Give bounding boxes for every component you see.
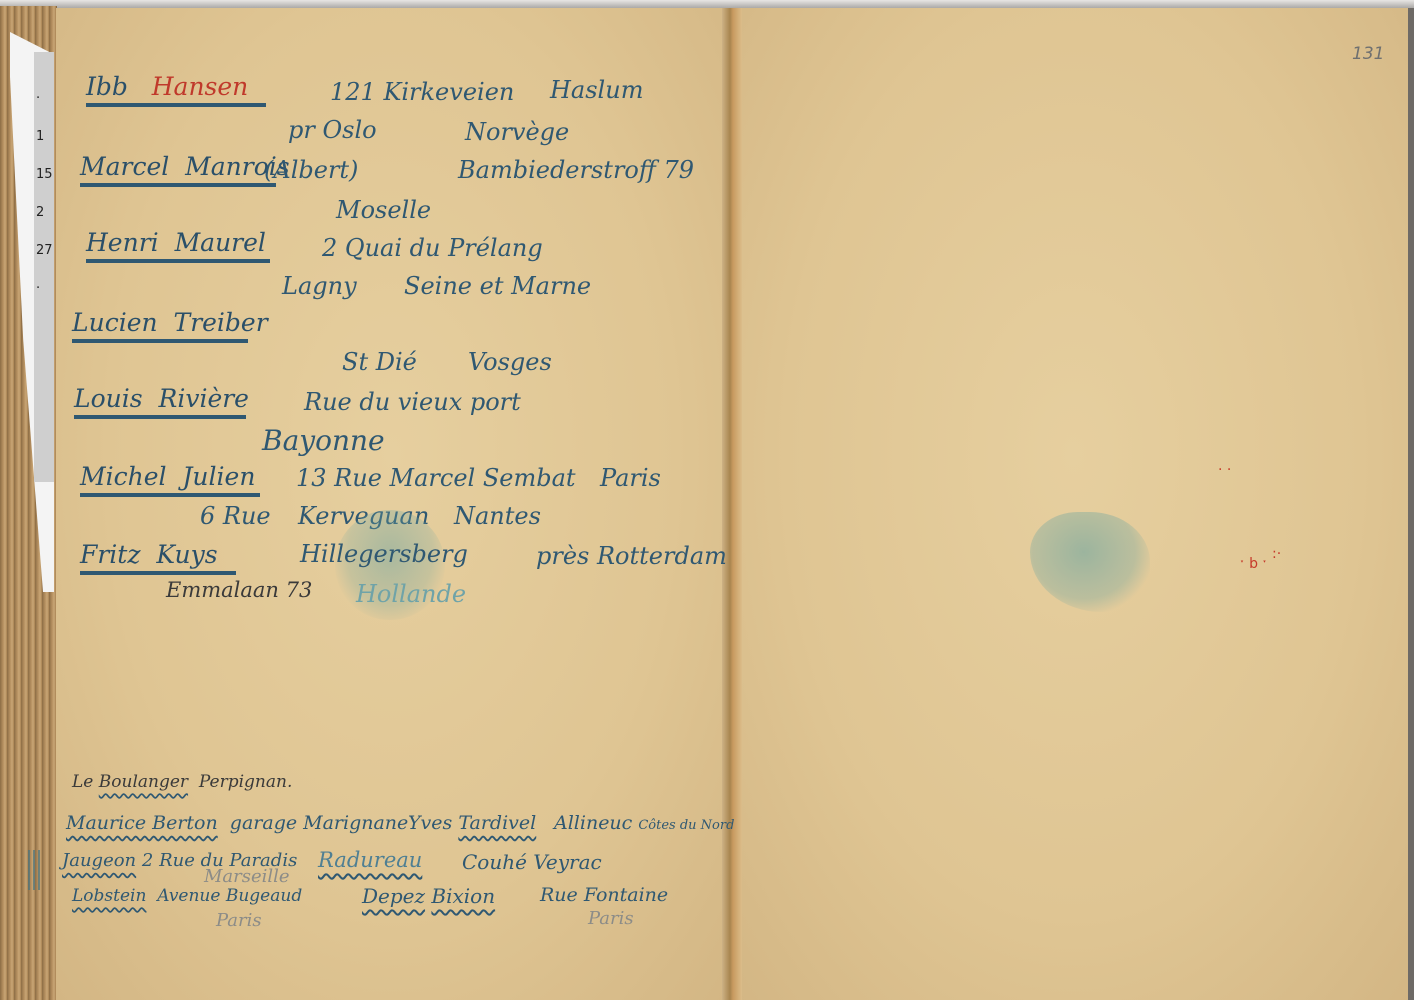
note-word: Côtes du Nord — [638, 818, 734, 833]
note-line: Lobstein Avenue Bugeaud — [72, 886, 302, 906]
pencil-note: Paris — [216, 910, 262, 931]
note-word: Yves — [408, 812, 452, 834]
address-line: pr Oslo — [288, 116, 377, 144]
note-line: Maurice Berton garage Marignane — [66, 812, 408, 834]
address-line: Hillegersberg — [300, 540, 468, 568]
first-name: Henri — [86, 228, 159, 257]
note-word: Couhé Veyrac — [462, 850, 602, 874]
address-line: Bayonne — [262, 424, 385, 457]
address-line: Norvège — [465, 118, 569, 146]
address-line: 121 Kirkeveien — [330, 78, 514, 106]
last-name: Kuys — [156, 540, 217, 569]
note-line: Depez Bixion — [362, 884, 495, 908]
note-word: Maurice Berton — [66, 812, 218, 834]
note-line: Radureau — [318, 848, 422, 872]
first-name: Michel — [80, 462, 167, 491]
first-name: Louis — [74, 384, 143, 413]
first-name: Ibb — [86, 72, 128, 101]
ruled-lines — [733, 8, 1414, 1000]
first-name: Marcel — [80, 152, 169, 181]
notebook-scan: ·115227· Ibb Hansen 121 Kirkeveien Haslu… — [0, 0, 1414, 1000]
entry-name: Henri Maurel — [86, 228, 270, 263]
right-page — [733, 8, 1414, 1000]
scan-right-edge — [1408, 8, 1414, 1000]
address-line: Moselle — [336, 196, 431, 224]
red-ink-spots: ˑ b ˑ — [1240, 556, 1267, 572]
red-ink-spots: · · — [1218, 462, 1231, 478]
note-line: Rue Fontaine — [540, 884, 668, 906]
last-name: Treiber — [174, 308, 268, 337]
address-line: Emmalaan 73 — [166, 578, 312, 602]
entry-name: Michel Julien — [80, 462, 260, 497]
note-word: Depez — [362, 884, 425, 908]
edge-ink-stains — [28, 850, 42, 890]
page-number: 131 — [1352, 44, 1384, 64]
address-line: Paris — [600, 464, 661, 492]
first-name: Lucien — [72, 308, 158, 337]
last-name: Rivière — [159, 384, 249, 413]
note-word: Tardivel — [458, 812, 536, 834]
last-name: Maurel — [175, 228, 266, 257]
note-word: Bixion — [431, 884, 495, 908]
entry-name: Fritz Kuys — [80, 540, 236, 575]
address-line: Lagny — [282, 272, 357, 300]
note-line: Allineuc Côtes du Nord — [554, 812, 734, 834]
entry-name: Louis Rivière — [74, 384, 246, 419]
note-word: garage Marignane — [230, 812, 409, 834]
entry-name: Marcel Manrois — [80, 152, 276, 187]
note-word: Perpignan. — [199, 772, 293, 792]
address-line: Nantes — [454, 502, 541, 530]
address-line: Hollande — [356, 580, 466, 608]
address-line: 6 Rue — [200, 502, 271, 530]
address-line: 2 Quai du Prélang — [322, 234, 543, 262]
note-word: Allineuc — [554, 812, 632, 834]
note-word: Radureau — [318, 848, 422, 872]
first-name: Fritz — [80, 540, 141, 569]
note-word: Jaugeon — [62, 850, 136, 871]
note-line: Yves Tardivel — [408, 812, 536, 834]
note-word: Lobstein — [72, 886, 146, 906]
address-line: Seine et Marne — [404, 272, 591, 300]
last-name: Julien — [182, 462, 255, 491]
note-word: Boulanger — [99, 772, 188, 792]
address-line: Bambiederstroff 79 — [458, 156, 694, 184]
book-gutter — [722, 8, 742, 1000]
pencil-note: Paris — [588, 908, 634, 929]
note-word: Rue Fontaine — [540, 884, 668, 906]
address-line: (Albert) — [264, 156, 358, 184]
slip-numbers: ·115227· — [36, 80, 54, 308]
address-line: près Rotterdam — [536, 542, 727, 570]
address-line: Haslum — [550, 76, 643, 104]
address-line: Vosges — [468, 348, 552, 376]
last-name: Hansen — [152, 72, 249, 101]
note-word: Avenue Bugeaud — [157, 886, 302, 906]
entry-name: Ibb Hansen — [86, 72, 266, 107]
address-line: Rue du vieux port — [304, 388, 521, 416]
red-ink-spots: :· — [1272, 546, 1281, 562]
entry-name: Lucien Treiber — [72, 308, 248, 343]
address-line: 13 Rue Marcel Sembat — [296, 464, 576, 492]
pencil-note: Marseille — [204, 866, 290, 887]
address-line: St Dié — [342, 348, 417, 376]
note-line: Couhé Veyrac — [462, 850, 602, 874]
note-line: Le Boulanger Perpignan. — [72, 772, 292, 792]
note-word: Le — [72, 772, 93, 792]
